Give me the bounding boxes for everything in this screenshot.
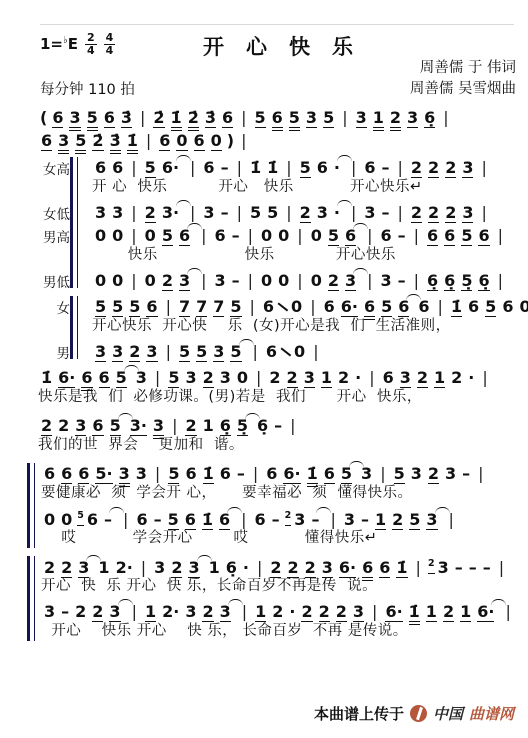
note-token: 6 — [379, 558, 390, 578]
note-token: 6 — [266, 342, 277, 361]
voice-body: 6352̇3̇1̇|6060)| — [26, 129, 252, 152]
note-token: 3 — [317, 203, 328, 222]
note-token: 6 — [146, 297, 157, 317]
note-token: 3· — [130, 416, 147, 436]
note-token: 6 — [478, 226, 489, 246]
note-token: 6 — [468, 297, 479, 316]
note-token: 3 — [112, 342, 123, 362]
barline-token: | — [290, 416, 295, 435]
note-token: 1 — [373, 108, 384, 131]
note-token: 0 — [145, 226, 156, 245]
notes-line: 6665·33|561̇6–|66·1̇653|5323–| — [41, 461, 489, 484]
barline-token: | — [131, 226, 136, 245]
barline-token: | — [310, 297, 315, 316]
barline-token: | — [250, 297, 255, 316]
note-token: 2· — [116, 558, 133, 577]
note-token: 2 — [185, 416, 196, 436]
site-logo-icon — [410, 705, 427, 722]
note-token: ) — [227, 131, 234, 150]
notes-line: 5556|7775|60|66·6566|1̇6560| — [92, 294, 528, 317]
note-token: 0 — [145, 271, 156, 290]
note-token: 2 — [171, 558, 182, 578]
note-token: – — [382, 158, 390, 177]
barline-token: | — [286, 158, 291, 177]
note-token: 2 — [270, 558, 281, 578]
note-token: 5 — [77, 506, 84, 526]
note-token: 2 — [129, 342, 140, 362]
notes-line: 3–223|12·323|12·2223|6·1̇1216·| — [41, 599, 516, 622]
barline-token: | — [478, 464, 483, 483]
note-token: 2 — [417, 368, 428, 388]
note-token: – — [469, 558, 477, 577]
note-token: 5 — [381, 297, 392, 317]
note-token: – — [272, 510, 280, 529]
notes-line: 3323|5535|60| — [92, 339, 324, 362]
note-token: 5 — [112, 297, 123, 317]
note-token: 1̇ — [409, 602, 420, 625]
voice-row: 女5556|7775|60|66·6566|1̇6560|开心快乐 开心快 乐 … — [26, 294, 516, 339]
voice-body: 00|023|3–|00|023|3–|6̣6̣5̣6̣| — [80, 268, 508, 291]
lyrics-line: 开心 快乐 开心 快 乐， 长命百岁 不再 是传说。 — [41, 622, 516, 641]
note-token: 5 — [230, 297, 241, 317]
note-token: 2 — [390, 108, 401, 131]
note-token: 6 — [78, 464, 89, 484]
barline-token: | — [499, 558, 504, 577]
note-token: – — [61, 602, 69, 621]
note-token: 6· — [339, 558, 356, 578]
barline-token: | — [237, 203, 242, 222]
note-token: 6 — [61, 464, 72, 484]
song-title: 开心快乐 — [40, 31, 516, 61]
voice-body: 33|23·|3–|55|23·|3–|2223| — [80, 200, 492, 223]
note-token: – — [483, 558, 491, 577]
voice-body: 66|56·|6–|1̇1̇|56·|6–|2223|开 心 快乐 开心 快乐 … — [80, 155, 492, 200]
note-token: 6̣ — [478, 271, 489, 291]
header: 1=♭E 24 44 开心快乐 每分钟 110 拍 周善儒 于 伟词 周善儒 吴… — [40, 31, 516, 100]
barline-token: | — [242, 602, 247, 621]
note-token: 6̣ — [226, 558, 237, 577]
barline-token: | — [481, 158, 486, 177]
note-token: 2 — [428, 554, 435, 574]
note-token: 0 — [261, 271, 272, 290]
tie-arc-icon — [118, 599, 133, 606]
note-token: 3 — [462, 158, 473, 178]
note-token: 2 — [44, 558, 55, 577]
barline-token: | — [297, 226, 302, 245]
glissando-icon — [278, 301, 287, 314]
note-token: 0 — [311, 271, 322, 290]
note-token: 5 — [409, 510, 420, 530]
barline-token: | — [297, 271, 302, 290]
barline-token: | — [414, 226, 419, 245]
note-token: 6 — [104, 108, 115, 128]
note-token: 5 — [168, 510, 179, 530]
barline-token: | — [123, 510, 128, 529]
barline-token: | — [482, 368, 487, 387]
note-token: 2 — [61, 558, 72, 578]
note-token: 3 — [294, 510, 305, 529]
barline-token: | — [481, 203, 486, 222]
note-token: 6̣ — [427, 271, 438, 291]
note-token: 2 — [58, 416, 69, 435]
barline-token: | — [253, 464, 258, 483]
note-token: 1 — [98, 558, 109, 577]
note-token: – — [274, 416, 282, 435]
note-token: 1̇ — [203, 464, 214, 484]
note-token: 5 — [485, 297, 496, 317]
voice-body: 1̇6·6653|53230|22312·|63212·|快乐是我 们 必修功课… — [26, 365, 493, 410]
note-token: – — [237, 464, 245, 483]
page: 1=♭E 24 44 开心快乐 每分钟 110 拍 周善儒 于 伟词 周善儒 吴… — [0, 0, 528, 644]
note-token: 3 — [203, 203, 214, 222]
note-token: 1 — [209, 558, 220, 577]
note-token: 0 — [112, 271, 123, 290]
note-token: 5 — [162, 226, 173, 246]
system: 223653·3|216̣5̣6̣–|我们的世 界会 更加和 谐。 — [26, 413, 516, 458]
note-token: 2 — [328, 271, 339, 291]
note-token: 2 — [41, 416, 52, 436]
note-token: 2 — [305, 558, 316, 578]
note-token: 5 — [323, 108, 334, 128]
barline-token: | — [438, 297, 443, 316]
note-token: 6 — [427, 226, 438, 246]
tie-arc-icon — [239, 339, 254, 346]
voice-body: 6665·33|561̇6–|66·1̇653|5323–|要健康必 须 学会开… — [26, 461, 489, 506]
notes-line: 00|056|6–|00|056|6–|6656| — [92, 223, 508, 246]
barline-token: | — [166, 297, 171, 316]
barline-token: | — [367, 271, 372, 290]
note-token: 3 — [95, 203, 106, 222]
tie-arc-icon — [435, 507, 450, 514]
note-token: 6 — [383, 368, 394, 387]
note-token: 3̇ — [121, 108, 132, 128]
note-token: 2 — [75, 602, 86, 621]
note-token: 6 — [44, 464, 55, 483]
note-token: 3 — [213, 342, 224, 362]
note-token: 6 — [112, 158, 123, 177]
note-token: 6 — [52, 108, 63, 128]
note-token: 7 — [213, 297, 224, 317]
note-token: 6 — [317, 158, 328, 177]
note-token: 3 — [112, 203, 123, 222]
note-token: 5̣ — [461, 271, 472, 291]
barline-token: | — [131, 203, 136, 222]
note-token: 5 — [168, 464, 179, 484]
tie-arc-icon — [316, 507, 331, 514]
system-bracket — [27, 463, 35, 548]
note-token: 0 — [176, 131, 187, 151]
note-token: 5 — [95, 297, 106, 317]
voice-row: 1̇6·6653|53230|22312·|63212·|快乐是我 们 必修功课… — [26, 365, 516, 410]
tie-arc-icon — [176, 155, 191, 162]
note-token: 2 — [428, 158, 439, 178]
note-token: 2 — [451, 368, 462, 387]
note-token: 2 — [272, 602, 283, 621]
note-token: – — [221, 158, 229, 177]
credits: 周善儒 于 伟词 周善儒 吴雪烟曲 — [410, 58, 516, 100]
note-token: 6 — [185, 510, 196, 530]
note-token: 3 — [136, 464, 147, 483]
tie-arc-icon — [187, 223, 202, 230]
barline-token: | — [416, 558, 421, 577]
barline-token: | — [132, 602, 137, 621]
note-token: 1 — [460, 602, 471, 622]
voice-body: 3323|5535|60| — [80, 339, 324, 362]
system: (63563̇|2̇1̇2̇3̇6|56535|31236̣|6352̇3̇1̇… — [26, 106, 516, 152]
tie-arc-icon — [228, 599, 243, 606]
note-token: 3 — [220, 368, 231, 387]
sheet-music-page: { "header": { "key_prefix": "1=", "key_a… — [0, 0, 528, 738]
note-token: 6· — [341, 297, 358, 317]
note-token: 6 — [263, 297, 274, 316]
note-token: 1 — [321, 368, 332, 388]
barline-token: | — [398, 203, 403, 222]
note-token: 3 — [185, 368, 196, 387]
system-bracket — [70, 157, 78, 288]
barline-token: | — [257, 558, 262, 577]
note-token: 2 — [443, 602, 454, 622]
note-token: 2 — [269, 368, 280, 387]
note-token: 0 — [519, 297, 528, 316]
note-token: 2· — [162, 602, 179, 621]
note-token: 0 — [112, 226, 123, 245]
note-token: 6 — [92, 416, 103, 436]
note-token: 3 — [407, 108, 418, 128]
note-token: 2 — [287, 368, 298, 388]
note-token: 2 — [338, 368, 349, 387]
note-token: 1̇ — [127, 131, 138, 154]
note-token: 0 — [44, 510, 55, 529]
note-token: 0 — [61, 510, 72, 529]
note-token: 6 — [220, 464, 231, 483]
system-bracket — [70, 296, 78, 359]
lyricist-credit: 周善儒 于 伟词 — [410, 58, 516, 79]
note-token: – — [232, 271, 240, 290]
note-token: 1 — [375, 510, 386, 530]
note-token: – — [462, 464, 470, 483]
system: 1̇6·6653|53230|22312·|63212·|快乐是我 们 必修功课… — [26, 365, 516, 410]
note-token: 5 — [145, 158, 156, 178]
barline-token: | — [131, 271, 136, 290]
note-token: 2 — [287, 558, 298, 578]
note-token: 1̇ — [41, 368, 52, 387]
notes-line: 223653·3|216̣5̣6̣–| — [38, 413, 301, 436]
note-token: – — [455, 558, 463, 577]
note-token: 1̇ — [451, 297, 462, 317]
notes-line: 00|023|3–|00|023|3–|6̣6̣5̣6̣| — [92, 268, 508, 291]
voice-body: (63563̇|2̇1̇2̇3̇6|56535|31236̣| — [26, 106, 454, 129]
barline-token: | — [351, 158, 356, 177]
note-token: 6 — [272, 108, 283, 131]
voice-body: 0056–|6–561̇6|6–23–|3–1253| 哎 学会开心 哎 懂得快… — [26, 506, 459, 551]
note-token: 2 — [336, 602, 347, 622]
tie-arc-icon — [353, 223, 368, 230]
barline-token: | — [140, 108, 145, 127]
note-token: 0 — [237, 368, 248, 387]
note-token: 1̇ — [396, 558, 407, 578]
barline-token: | — [155, 368, 160, 387]
barline-token: | — [172, 416, 177, 435]
note-token: – — [382, 203, 390, 222]
barline-token: | — [367, 226, 372, 245]
note-token: 5 — [267, 203, 278, 222]
voice-body: 223653·3|216̣5̣6̣–|我们的世 界会 更加和 谐。 — [26, 413, 301, 458]
note-token: – — [154, 510, 162, 529]
voice-row: 女高66|56·|6–|1̇1̇|56·|6–|2223|开 心 快乐 开心 快… — [26, 155, 516, 200]
note-token: 6 — [95, 158, 106, 177]
note-token: 3 — [214, 271, 225, 290]
tie-arc-icon — [187, 268, 202, 275]
note-token: 6 — [364, 158, 375, 177]
note-token: 0 — [261, 226, 272, 245]
system: 女高66|56·|6–|1̇1̇|56·|6–|2223|开 心 快乐 开心 快… — [26, 155, 516, 291]
footer: 本曲谱上传于 中国 曲谱网 — [314, 703, 514, 724]
note-token: 6̣ — [424, 108, 435, 128]
note-token: 6 — [502, 297, 513, 316]
barline-token: | — [330, 510, 335, 529]
barline-token: | — [313, 342, 318, 361]
note-token: 3 — [95, 342, 106, 362]
note-token: 3 — [304, 368, 315, 388]
note-token: 3 — [306, 108, 317, 128]
note-token: 1̇ — [250, 158, 261, 177]
barline-token: | — [498, 226, 503, 245]
lyrics-line: 开心快乐 开心快 乐 (女)开心是我 们 生活准则， — [92, 317, 528, 336]
note-token: 2̇ — [153, 108, 164, 128]
note-token: 3 — [322, 558, 333, 578]
note-token: 1̇ — [267, 158, 278, 177]
barline-token: | — [414, 271, 419, 290]
note-token: 2 — [411, 203, 422, 223]
note-token: 1̇ — [202, 510, 213, 530]
voice-row: 男低00|023|3–|00|023|3–|6̣6̣5̣6̣| — [26, 268, 516, 291]
note-token: 1 — [145, 602, 156, 622]
barline-token: | — [351, 203, 356, 222]
note-token: 5 — [250, 203, 261, 222]
note-token: 5 — [75, 131, 86, 154]
note-token: 3 — [344, 510, 355, 529]
note-token: 5 — [196, 342, 207, 362]
note-token: 3 — [462, 203, 473, 223]
uploaded-by-text: 本曲谱上传于 — [314, 703, 404, 724]
barline-token: | — [201, 226, 206, 245]
note-token: 3 — [154, 558, 165, 577]
note-token: 5 — [168, 368, 179, 388]
note-token: 3 — [361, 464, 372, 483]
note-token: 6· — [58, 368, 75, 388]
voice-row: 6352̇3̇1̇|6060)| — [26, 129, 516, 152]
tempo-credits-row: 每分钟 110 拍 周善儒 于 伟词 周善儒 吴雪烟曲 — [40, 58, 516, 100]
tie-arc-icon — [337, 200, 352, 207]
composer-credit: 周善儒 吴雪烟曲 — [410, 79, 516, 100]
note-token: 1 — [426, 602, 437, 622]
notes-line: 0056–|6–561̇6|6–23–|3–1253| — [41, 506, 459, 529]
notes-line: (63563̇|2̇1̇2̇3̇6|56535|31236̣| — [38, 106, 454, 129]
note-token: 6 — [203, 158, 214, 177]
tie-arc-icon — [491, 599, 506, 606]
key-time-row: 1=♭E 24 44 开心快乐 — [40, 31, 516, 56]
voice-body: 00|056|6–|00|056|6–|6656| 快乐 快乐 开心快乐 — [80, 223, 508, 268]
note-token: 6 — [41, 131, 52, 151]
notes-line: 6352̇3̇1̇|6060)| — [38, 129, 252, 152]
note-token: 3 — [146, 342, 157, 362]
site-name-red: 曲谱网 — [469, 703, 514, 724]
barline-token: | — [380, 464, 385, 483]
lyrics-line: 要健康必 须 学会开 心， 要幸福必 须 懂得快乐。 — [41, 484, 489, 503]
barline-token: | — [342, 108, 347, 127]
lyrics-line: 哎 学会开心 哎 懂得快乐↵ — [41, 529, 459, 548]
tie-arc-icon — [109, 507, 124, 514]
barline-token: | — [155, 464, 160, 483]
note-token: 3 — [185, 602, 196, 621]
note-token: 0 — [211, 131, 222, 151]
note-token: 0 — [278, 226, 289, 245]
note-token: 2 — [202, 602, 213, 622]
note-token: ( — [40, 108, 47, 127]
note-token: 5 — [179, 342, 190, 362]
note-token: 6̣ — [444, 271, 455, 291]
barline-token: | — [190, 158, 195, 177]
system: 22312·|32316̣·|22236·661̇|23–––|开心 快 乐 开… — [26, 554, 516, 644]
note-token: 2 — [145, 203, 156, 223]
tie-arc-icon — [353, 268, 368, 275]
note-token: 2 — [162, 271, 173, 291]
score: (63563̇|2̇1̇2̇3̇6|56535|31236̣|6352̇3̇1̇… — [26, 106, 516, 644]
note-token: 5 — [394, 464, 405, 484]
note-token: 0 — [95, 271, 106, 290]
note-token: 3 — [58, 131, 69, 154]
note-token: 0 — [311, 226, 322, 245]
voice-row: 22312·|32316̣·|22236·661̇|23–––|开心 快 乐 开… — [26, 554, 516, 599]
note-token: 2 — [445, 203, 456, 223]
barline-token: | — [201, 271, 206, 290]
barline-token: | — [498, 271, 503, 290]
note-token: 2 — [300, 203, 311, 223]
voice-row: 223653·3|216̣5̣6̣–|我们的世 界会 更加和 谐。 — [26, 413, 516, 458]
note-token: 6 — [159, 131, 170, 151]
barline-token: | — [253, 342, 258, 361]
note-token: · — [289, 602, 295, 621]
note-token: 3 — [381, 271, 392, 290]
lyrics-line: 开 心 快乐 开心 快乐 开心快乐↵ — [92, 178, 492, 197]
voice-row: (63563̇|2̇1̇2̇3̇6|56535|31236̣| — [26, 106, 516, 129]
note-token: 6 — [418, 297, 429, 316]
system-bracket — [27, 556, 35, 641]
note-token: 6 — [185, 464, 196, 483]
barline-token: | — [443, 108, 448, 127]
note-token: 3 — [400, 368, 411, 388]
note-token: 1 — [255, 602, 266, 622]
note-token: 2 — [319, 602, 330, 622]
note-token: 5 — [129, 297, 140, 317]
note-token: · — [243, 558, 249, 577]
notes-line: 22312·|32316̣·|22236·661̇|23–––| — [41, 554, 509, 577]
note-token: 6 — [99, 368, 110, 388]
barline-token: | — [248, 271, 253, 290]
note-token: – — [398, 271, 406, 290]
note-token: 3 — [69, 108, 80, 131]
top-divider — [40, 24, 514, 25]
note-token: 3̇ — [205, 108, 216, 128]
barline-token: | — [166, 342, 171, 361]
tie-arc-icon — [337, 155, 352, 162]
barline-token: | — [241, 131, 246, 150]
note-token: 2 — [92, 602, 103, 622]
note-token: 6 — [214, 226, 225, 245]
note-token: 3 — [75, 416, 86, 436]
barline-token: | — [369, 368, 374, 387]
barline-token: | — [449, 510, 454, 529]
